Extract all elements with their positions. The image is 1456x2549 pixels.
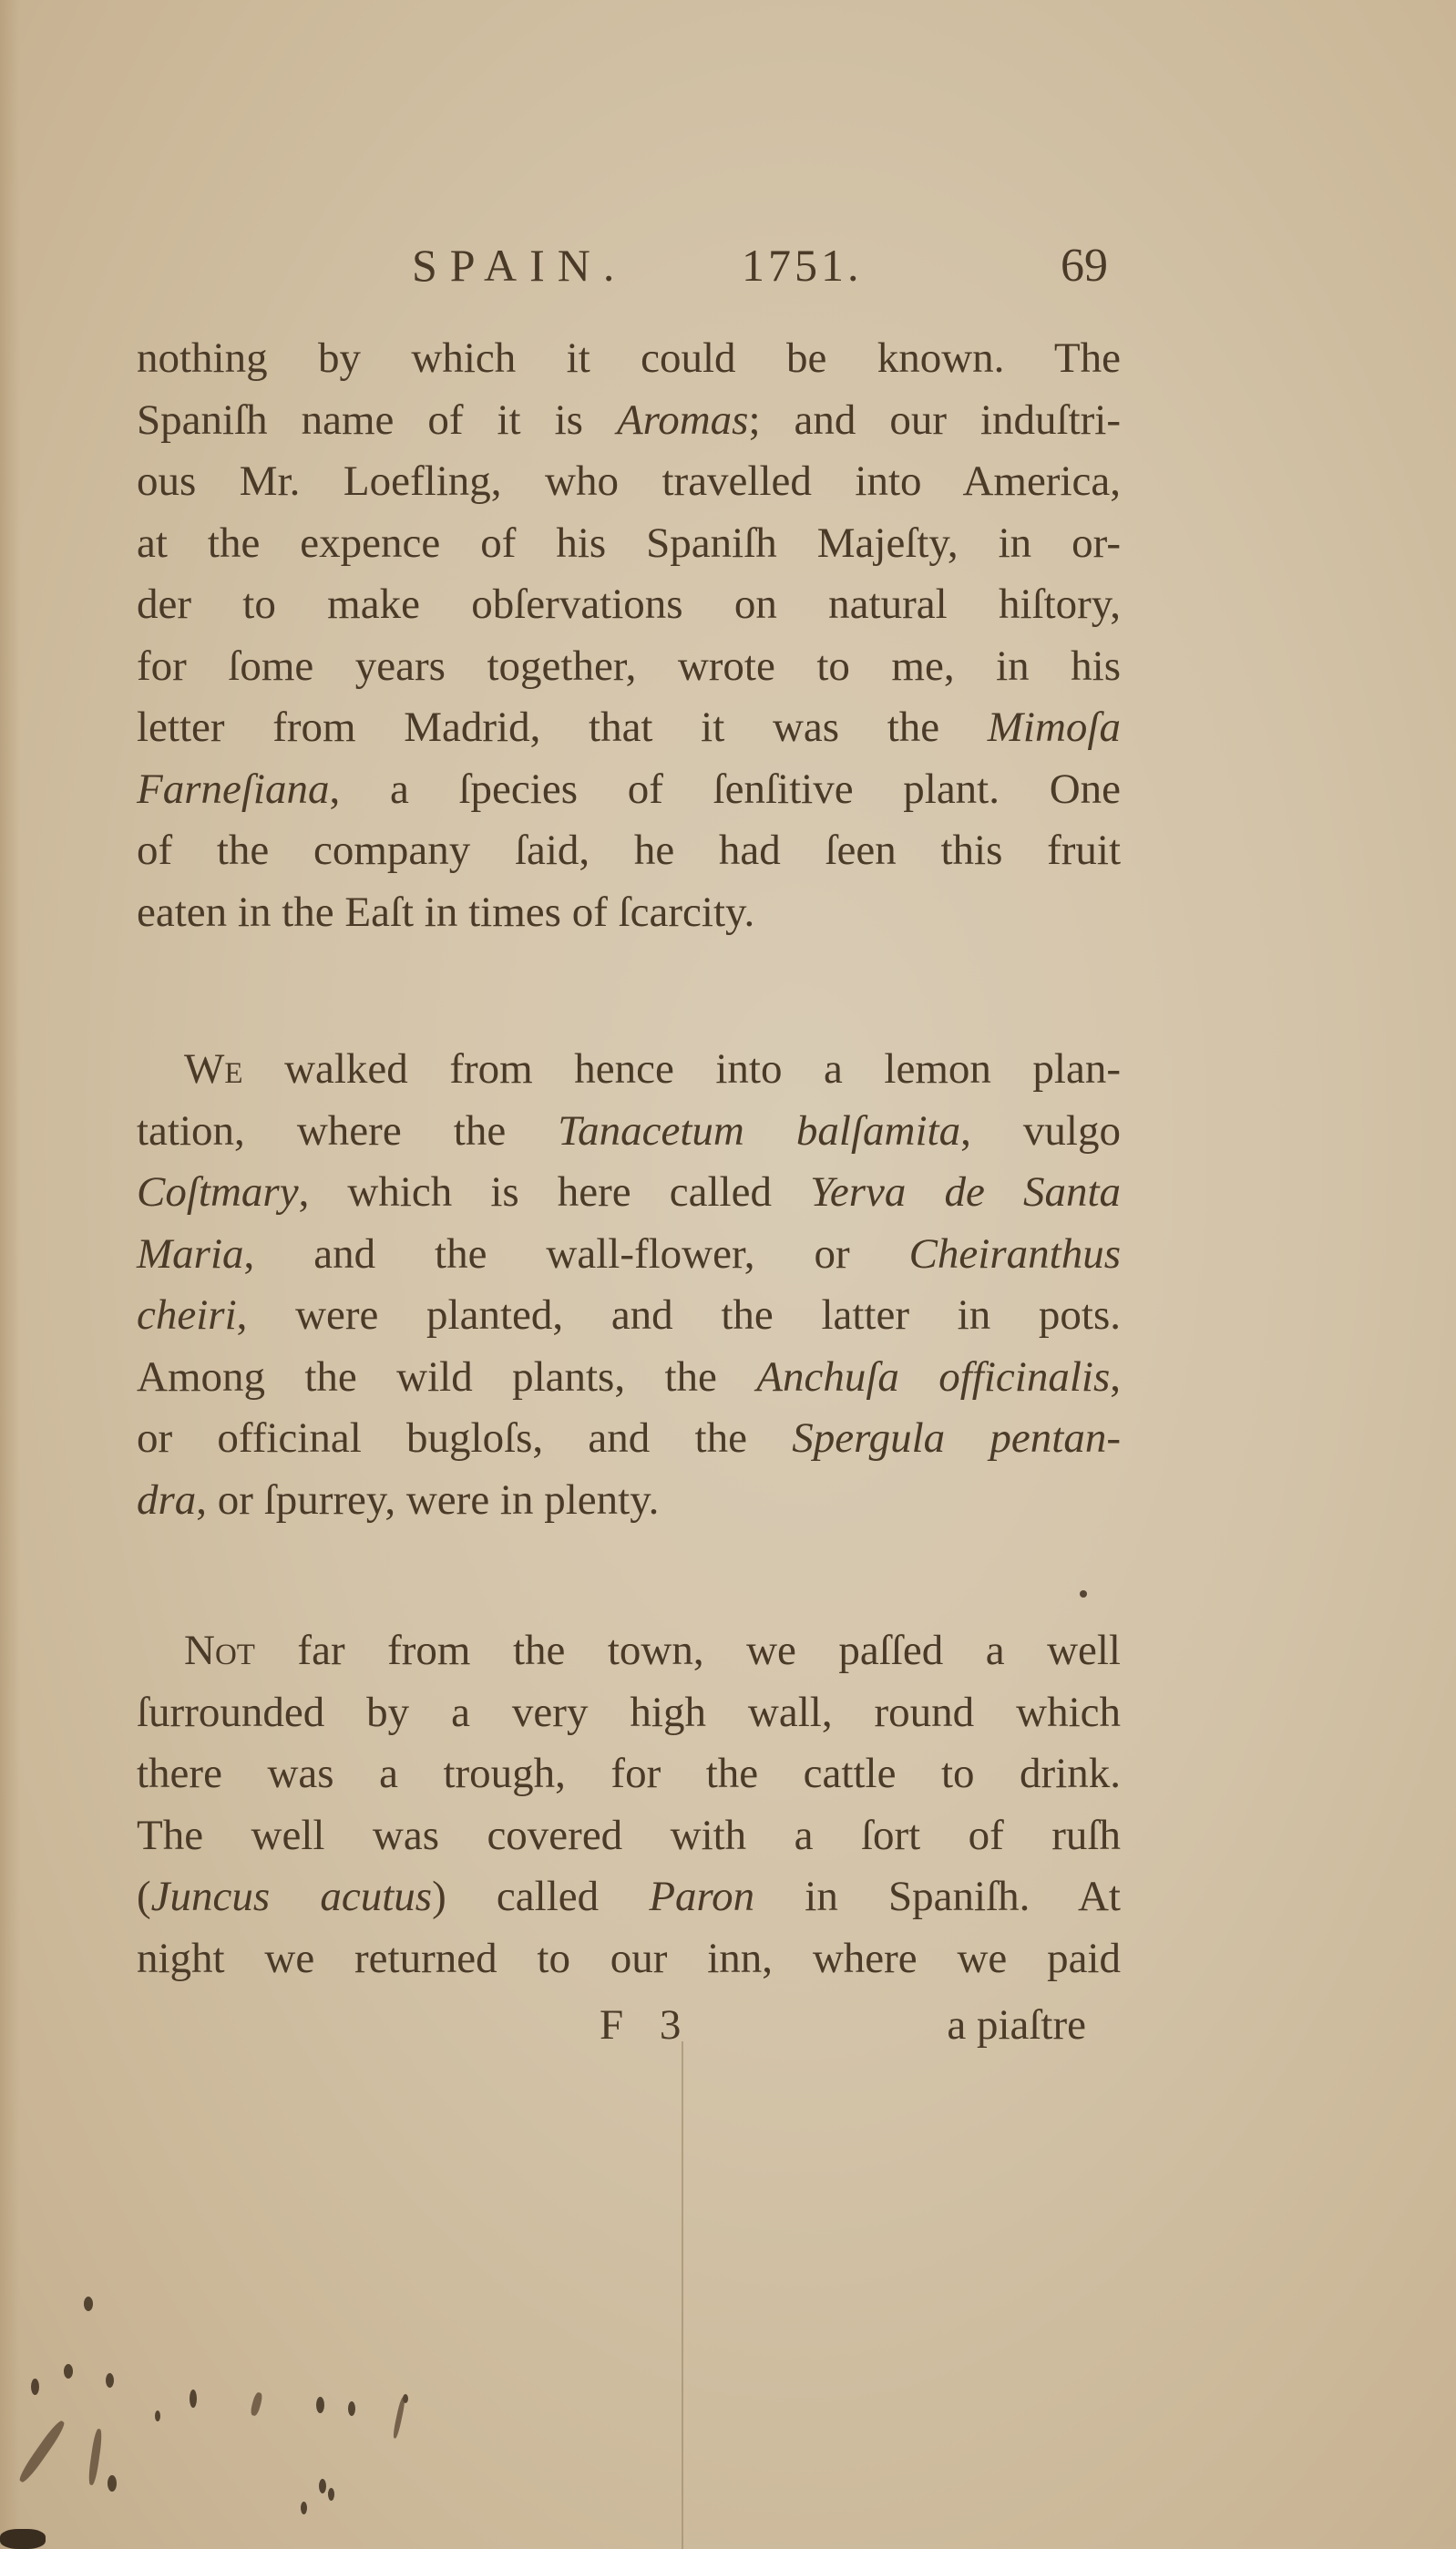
- paper-crease: [682, 2041, 683, 2549]
- paper-speck: [84, 2297, 93, 2311]
- paper-stain: [392, 2397, 405, 2439]
- text-line: ous Mr. Loefling, who travelled into Ame…: [137, 451, 1121, 513]
- paper-speck: [328, 2488, 334, 2501]
- paper-speck: [301, 2502, 307, 2514]
- text-line: Not far from the town, we paſſed a well: [137, 1620, 1121, 1682]
- text-line: Coſtmary, which is here called Yerva de …: [137, 1162, 1121, 1224]
- paper-speck: [190, 2390, 197, 2408]
- catchword: a piaſtre: [947, 2000, 1086, 2050]
- text-line: cheiri, were planted, and the latter in …: [137, 1285, 1121, 1347]
- italic-term: Juncus acutus: [151, 1873, 432, 1920]
- page-gutter-shadow: [0, 0, 20, 2549]
- paragraph-1: nothing by which it could be known. The …: [137, 328, 1121, 943]
- italic-term: Paron: [649, 1873, 754, 1920]
- paper-speck: [1080, 1590, 1087, 1598]
- header-year: 1751.: [742, 239, 863, 292]
- text-line: (Juncus acutus) called Paron in Spaniſh.…: [137, 1866, 1121, 1928]
- page-footer: F 3 a piaſtre: [137, 2000, 1084, 2064]
- text-line: tation, where the Tanacetum balſamita, v…: [137, 1101, 1121, 1163]
- paragraph-3: Not far from the town, we paſſed a well …: [137, 1620, 1121, 1989]
- text-line: there was a trough, for the cattle to dr…: [137, 1743, 1121, 1805]
- text-line: for ſome years together, wrote to me, in…: [137, 636, 1121, 698]
- italic-term: Coſtmary: [137, 1168, 299, 1216]
- italic-term: Maria: [137, 1230, 244, 1278]
- text-line: der to make obſervations on natural hiſt…: [137, 574, 1121, 636]
- paragraph-2: We walked from hence into a lemon plan- …: [137, 1039, 1121, 1531]
- paper-speck: [64, 2364, 73, 2379]
- text-line: Spaniſh name of it is Aromas; and our in…: [137, 390, 1121, 452]
- text-line: nothing by which it could be known. The: [137, 328, 1121, 390]
- running-header: SPAIN. 1751. 69: [412, 239, 1123, 303]
- text-line: dra, or ſpurrey, were in plenty.: [137, 1470, 1121, 1532]
- page-corner-shadow: [0, 2529, 46, 2549]
- italic-term: Aromas: [617, 396, 749, 444]
- paper-stain: [16, 2419, 67, 2484]
- paper-stain: [87, 2429, 104, 2486]
- text-line: night we returned to our inn, where we p…: [137, 1928, 1121, 1990]
- paper-speck: [155, 2410, 160, 2421]
- paper-speck: [319, 2479, 326, 2493]
- lead-word: We: [184, 1045, 243, 1093]
- italic-term: cheiri: [137, 1291, 237, 1339]
- text-line: of the company ſaid, he had ſeen this fr…: [137, 820, 1121, 882]
- paper-speck: [108, 2475, 117, 2492]
- text-line: The well was covered with a ſort of ruſh: [137, 1805, 1121, 1867]
- paper-speck: [348, 2401, 355, 2416]
- text-line: We walked from hence into a lemon plan-: [137, 1039, 1121, 1101]
- italic-term: Anchuſa officinalis: [756, 1353, 1110, 1401]
- lead-word: Not: [184, 1627, 255, 1674]
- text-line: eaten in the Eaſt in times of ſcarcity.: [137, 882, 1121, 944]
- text-line: Among the wild plants, the Anchuſa offic…: [137, 1347, 1121, 1409]
- paper-stain: [250, 2391, 263, 2416]
- italic-term: Yerva de Santa: [810, 1168, 1121, 1216]
- text-line: at the expence of his Spaniſh Majeſty, i…: [137, 513, 1121, 575]
- italic-term: Spergula pentan-: [792, 1414, 1121, 1462]
- book-page: SPAIN. 1751. 69 nothing by which it coul…: [0, 0, 1456, 2549]
- text-line: ſurrounded by a very high wall, round wh…: [137, 1682, 1121, 1744]
- text-line: letter from Madrid, that it was the Mimo…: [137, 697, 1121, 759]
- italic-term: Tanacetum balſamita: [558, 1107, 960, 1155]
- italic-term: Cheiranthus: [909, 1230, 1121, 1278]
- page-number: 69: [1061, 239, 1108, 293]
- italic-term: Farneſiana: [137, 766, 329, 813]
- running-title: SPAIN.: [412, 239, 627, 292]
- signature-mark: F 3: [600, 2000, 693, 2050]
- italic-term: Mimoſa: [988, 704, 1121, 751]
- paper-speck: [316, 2397, 324, 2413]
- paper-speck: [31, 2379, 39, 2395]
- text-line: Farneſiana, a ſpecies of ſenſitive plant…: [137, 759, 1121, 821]
- text-line: or officinal bugloſs, and the Spergula p…: [137, 1408, 1121, 1470]
- italic-term: dra: [137, 1476, 196, 1524]
- paper-speck: [106, 2373, 114, 2388]
- text-line: Maria, and the wall-flower, or Cheiranth…: [137, 1224, 1121, 1286]
